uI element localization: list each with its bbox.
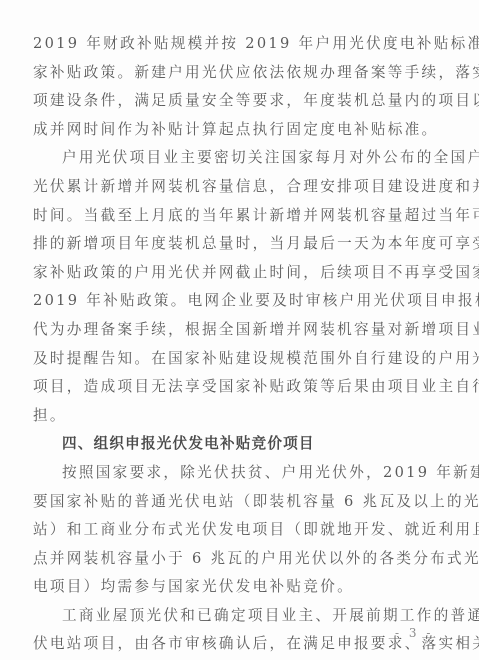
- text-line: 电项目）均需参与国家光伏发电补贴竞价。: [33, 573, 427, 602]
- paragraph-3: 按照国家要求，除光伏扶贫、户用光伏外，2019 年新建的需 要国家补贴的普通光伏…: [33, 459, 427, 602]
- text-line: 家补贴政策的户用光伏并网截止时间，后续项目不再享受国家: [33, 259, 427, 288]
- text-line: 成并网时间作为补贴计算起点执行固定度电补贴标准。: [33, 116, 427, 145]
- paragraph-1: 2019 年财政补贴规模并按 2019 年户用光伏度电补贴标准享受国 家补贴政策…: [33, 30, 427, 144]
- text-line: 按照国家要求，除光伏扶贫、户用光伏外，2019 年新建的需: [33, 459, 427, 488]
- text-line: 代为办理备案手续，根据全国新增并网装机容量对新增项目业主: [33, 316, 427, 345]
- text-line: 项建设条件，满足质量安全等要求，年度装机总量内的项目以建: [33, 87, 427, 116]
- paragraph-2: 户用光伏项目业主要密切关注国家每月对外公布的全国户用 光伏累计新增并网装机容量信…: [33, 144, 427, 430]
- text-line: 排的新增项目年度装机总量时，当月最后一天为本年度可享受国: [33, 230, 427, 259]
- text-line: 站）和工商业分布式光伏发电项目（即就地开发、就近利用且单: [33, 516, 427, 545]
- text-line: 点并网装机容量小于 6 兆瓦的户用光伏以外的各类分布式光伏发: [33, 545, 427, 574]
- text-line: 担。: [33, 402, 427, 431]
- text-line: 光伏累计新增并网装机容量信息，合理安排项目建设进度和并网: [33, 173, 427, 202]
- section-heading-4: 四、组织申报光伏发电补贴竞价项目: [33, 430, 427, 459]
- text-line: 时间。当截至上月底的当年累计新增并网装机容量超过当年可安: [33, 202, 427, 231]
- text-line: 伏电站项目，由各市审核确认后，在满足申报要求、落实相关建: [33, 630, 427, 659]
- text-line: 户用光伏项目业主要密切关注国家每月对外公布的全国户用: [33, 144, 427, 173]
- text-line: 家补贴政策。新建户用光伏应依法依规办理备案等手续，落实各: [33, 59, 427, 88]
- text-line: 及时提醒告知。在国家补贴建设规模范围外自行建设的户用光伏: [33, 345, 427, 374]
- text-line: 2019 年补贴政策。电网企业要及时审核户用光伏项目申报材料并: [33, 287, 427, 316]
- text-line: 2019 年财政补贴规模并按 2019 年户用光伏度电补贴标准享受国: [33, 30, 427, 59]
- text-line: 要国家补贴的普通光伏电站（即装机容量 6 兆瓦及以上的光伏电: [33, 488, 427, 517]
- page-number: - 3 -: [395, 626, 433, 640]
- text-line: 项目，造成项目无法享受国家补贴政策等后果由项目业主自行承: [33, 373, 427, 402]
- text-line: 工商业屋顶光伏和已确定项目业主、开展前期工作的普通光: [33, 602, 427, 631]
- document-body: 2019 年财政补贴规模并按 2019 年户用光伏度电补贴标准享受国 家补贴政策…: [33, 30, 427, 659]
- document-page: 2019 年财政补贴规模并按 2019 年户用光伏度电补贴标准享受国 家补贴政策…: [0, 0, 479, 660]
- paragraph-4: 工商业屋顶光伏和已确定项目业主、开展前期工作的普通光 伏电站项目，由各市审核确认…: [33, 602, 427, 659]
- section-heading: 四、组织申报光伏发电补贴竞价项目: [33, 430, 427, 459]
